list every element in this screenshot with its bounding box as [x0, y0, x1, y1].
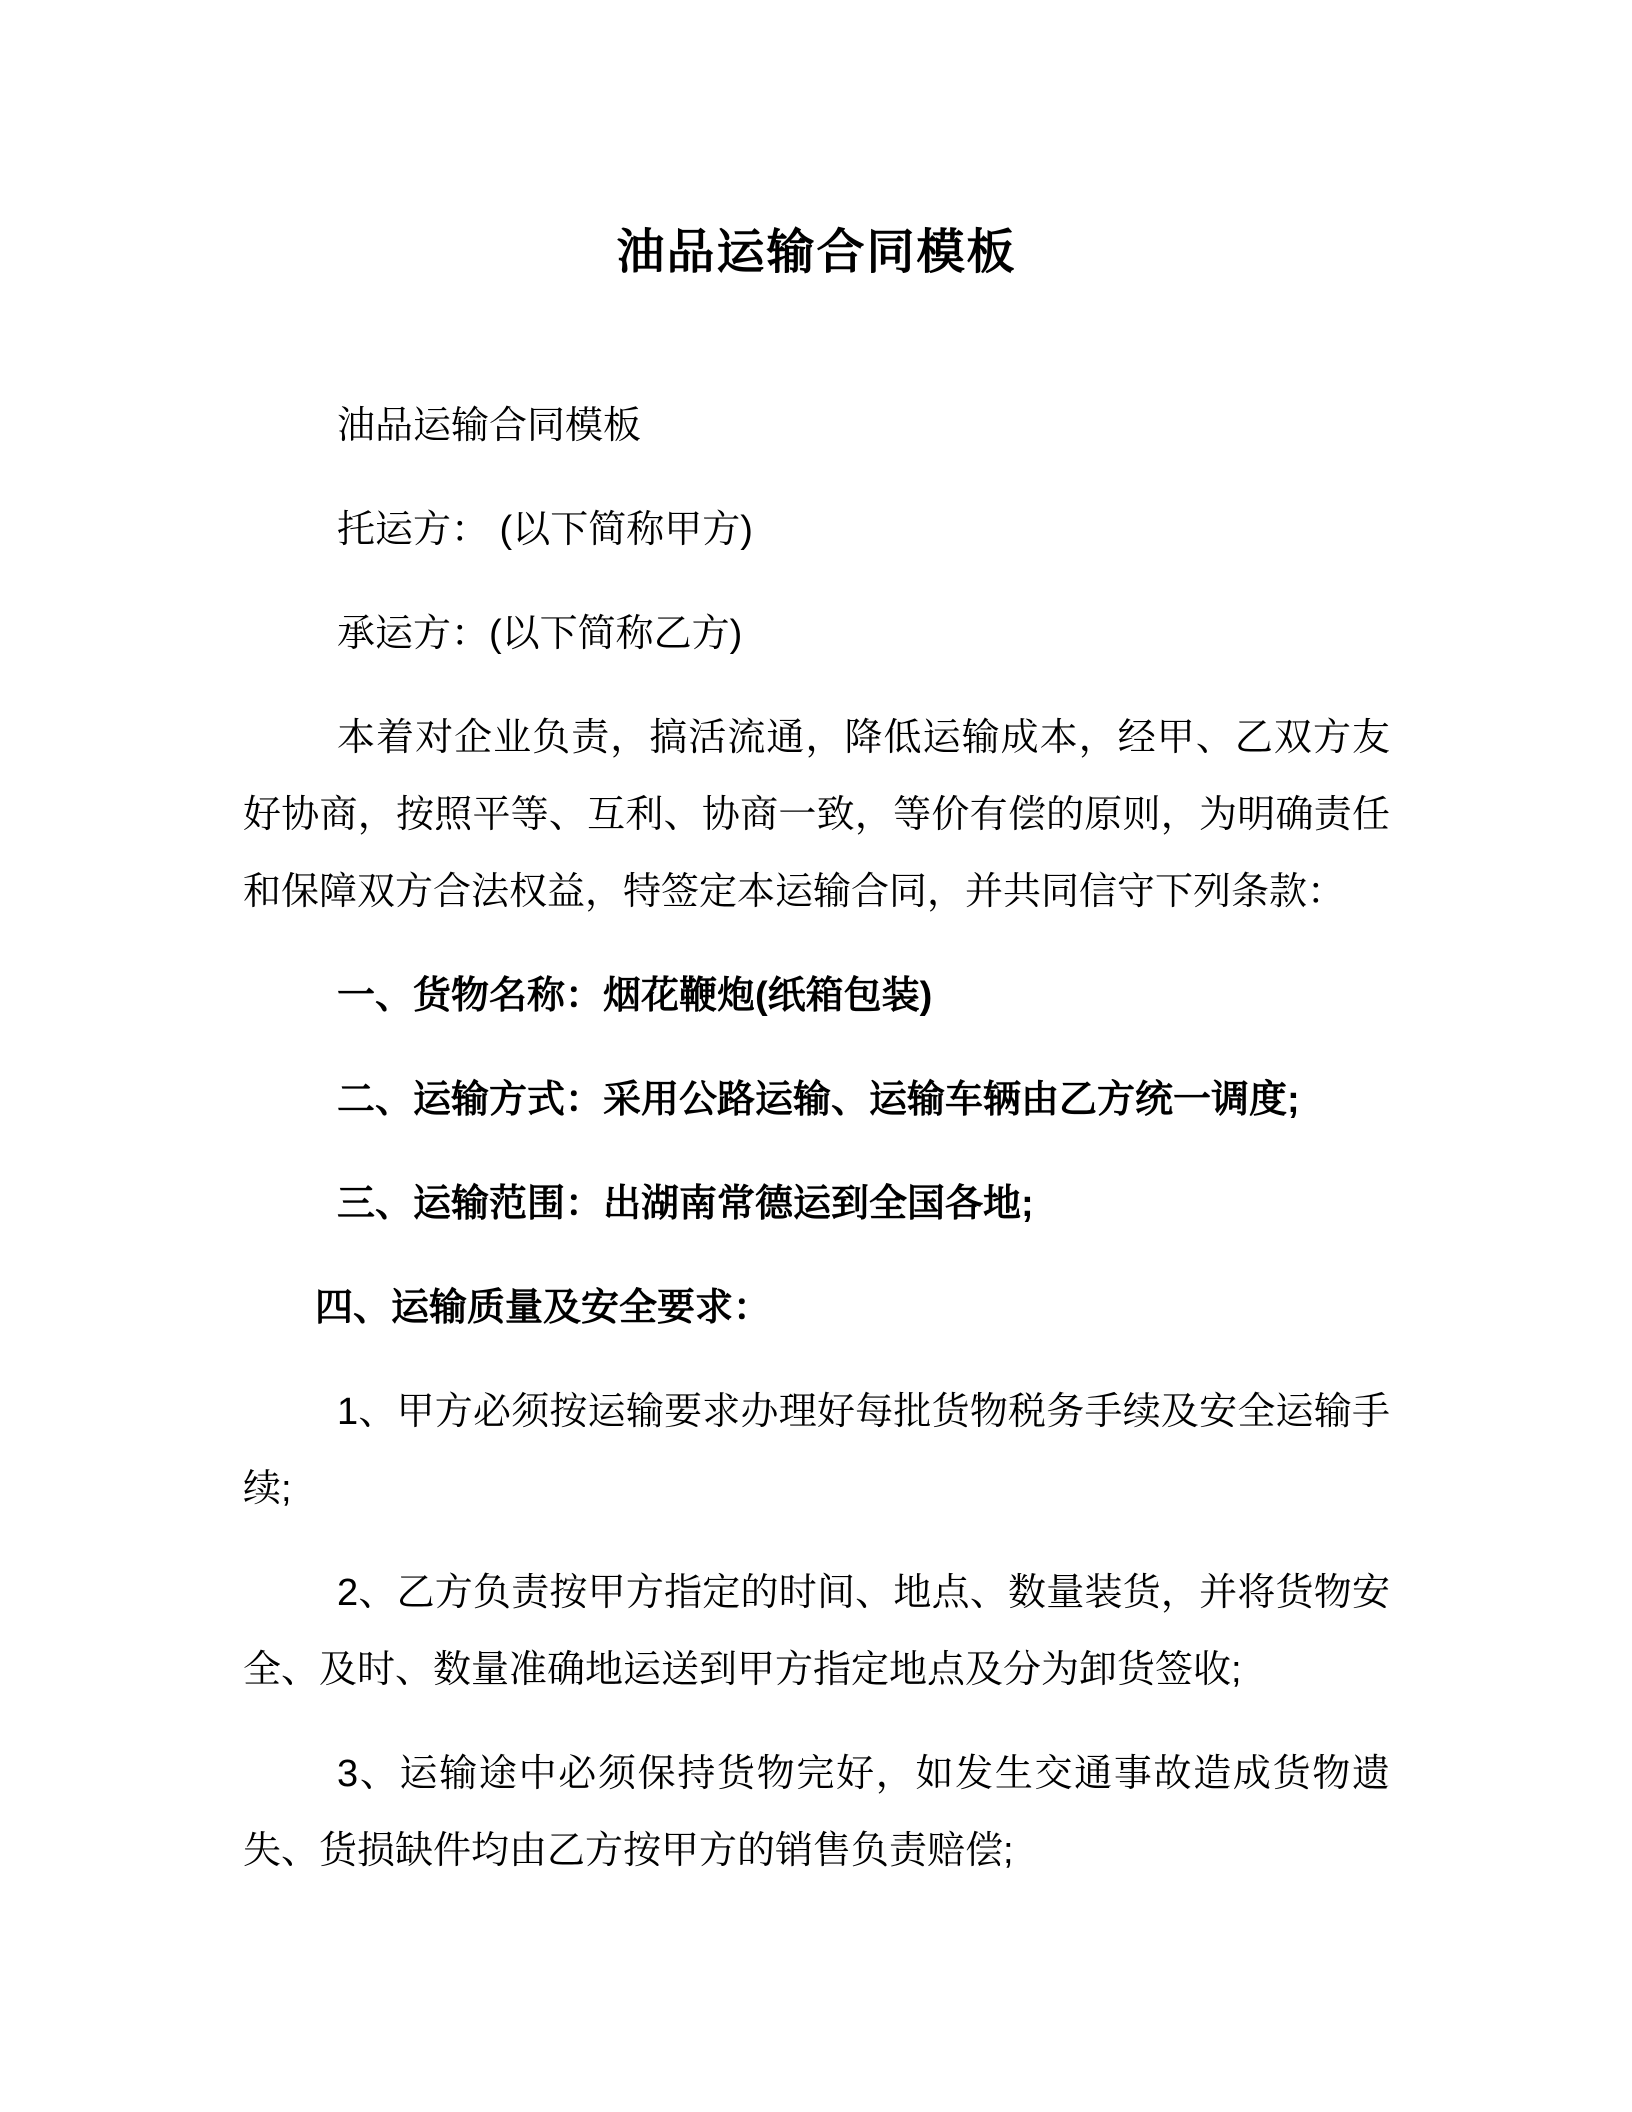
paragraph-preamble: 本着对企业负责，搞活流通，降低运输成本，经甲、乙双方友好协商，按照平等、互利、协… — [243, 700, 1390, 931]
clause-4-item-3: 3、运输途中必须保持货物完好，如发生交通事故造成货物遗失、货损缺件均由乙方按甲方… — [243, 1736, 1390, 1890]
document-title: 油品运输合同模板 — [243, 222, 1390, 284]
clause-3-transport-scope: 三、运输范围：出湖南常德运到全国各地; — [243, 1166, 1390, 1243]
document-page: 油品运输合同模板 油品运输合同模板 托运方： (以下简称甲方) 承运方：(以下简… — [0, 0, 1632, 2112]
clause-4-item-2: 2、乙方负责按甲方指定的时间、地点、数量装货，并将货物安全、及时、数量准确地运送… — [243, 1555, 1390, 1709]
document-content: 油品运输合同模板 油品运输合同模板 托运方： (以下简称甲方) 承运方：(以下简… — [0, 0, 1632, 1890]
paragraph-carrier: 承运方：(以下简称乙方) — [243, 596, 1390, 673]
clause-2-transport-method: 二、运输方式：采用公路运输、运输车辆由乙方统一调度; — [243, 1062, 1390, 1139]
clause-4-item-1: 1、甲方必须按运输要求办理好每批货物税务手续及安全运输手续; — [243, 1374, 1390, 1528]
clause-4-quality-safety: 四、运输质量及安全要求： — [243, 1270, 1390, 1347]
paragraph-subtitle: 油品运输合同模板 — [243, 388, 1390, 465]
clause-1-goods-name: 一、货物名称：烟花鞭炮(纸箱包装) — [243, 958, 1390, 1035]
paragraph-shipper: 托运方： (以下简称甲方) — [243, 492, 1390, 569]
